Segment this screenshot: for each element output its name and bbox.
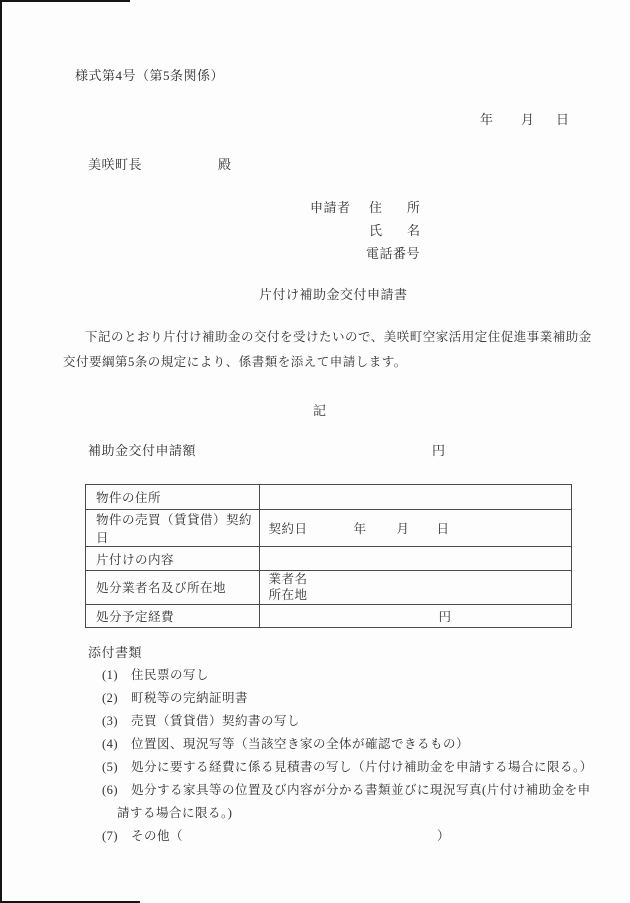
disposal-cost-unit: 円 xyxy=(438,610,451,624)
contract-year-label: 年 xyxy=(353,522,366,536)
grant-amount-label: 補助金交付申請額 xyxy=(88,443,196,459)
disposal-company-label: 処分業者名及び所在地 xyxy=(86,571,260,605)
cleanup-detail-label: 片付けの内容 xyxy=(86,547,260,571)
item-number: (2) xyxy=(102,691,118,707)
year-label: 年 xyxy=(480,112,494,128)
addressee-honorific: 殿 xyxy=(218,157,232,173)
item-text: 位置図、現況写等（当該空き家の全体が確認できるもの） xyxy=(131,737,469,753)
disposal-cost-value: 円 xyxy=(260,604,572,627)
item-text: 住民票の写し xyxy=(131,668,209,684)
day-label: 日 xyxy=(556,112,570,128)
contract-date-prefix: 契約日 xyxy=(268,522,307,536)
table-row: 物件の住所 xyxy=(86,485,572,510)
company-location-label: 所在地 xyxy=(268,587,567,603)
item-number: (1) xyxy=(102,668,118,684)
scan-edge-top xyxy=(0,0,130,2)
document-title: 片付け補助金交付申請書 xyxy=(259,287,408,303)
applicant-label: 申請者 xyxy=(310,200,351,216)
attachment-item-wrap-line: 請する場合に限る。) xyxy=(117,806,232,822)
applicant-address-label: 住 所 xyxy=(369,200,426,216)
form-number: 様式第4号（第5条関係） xyxy=(75,68,224,84)
item-text: その他（ xyxy=(131,829,183,845)
applicant-name-label: 氏 名 xyxy=(369,223,426,239)
cleanup-detail-value xyxy=(260,547,572,571)
addressee-name: 美咲町長 xyxy=(88,157,142,173)
contract-date-value: 契約日年月日 xyxy=(260,510,572,547)
property-address-value xyxy=(260,485,572,510)
item-text: 処分する家具等の位置及び内容が分かる書類並びに現況写真(片付け補助金を申 xyxy=(131,783,591,799)
table-row: 処分予定経費 円 xyxy=(86,604,572,627)
table-row: 片付けの内容 xyxy=(86,547,572,571)
contract-day-label: 日 xyxy=(437,522,450,536)
item-number: (3) xyxy=(102,714,118,730)
item-text: 処分に要する経費に係る見積書の写し（片付け補助金を申請する場合に限る。） xyxy=(131,760,593,776)
item-number: (7) xyxy=(102,829,118,845)
company-name-label: 業者名 xyxy=(268,571,567,587)
body-paragraph-line2: 交付要綱第5条の規定により、係書類を添えて申請します。 xyxy=(63,355,407,371)
disposal-cost-label: 処分予定経費 xyxy=(86,604,260,627)
month-label: 月 xyxy=(521,112,535,128)
attachments-heading: 添付書類 xyxy=(88,645,142,661)
application-form-page: 様式第4号（第5条関係） 年 月 日 美咲町長 殿 申請者 住 所 氏 名 電話… xyxy=(0,0,630,903)
item-number: (6) xyxy=(102,783,118,799)
item-close-paren: ） xyxy=(437,829,450,845)
scan-edge-left xyxy=(0,0,2,903)
body-paragraph-line1: 下記のとおり片付け補助金の交付を受けたいので、美咲町空家活用定住促進事業補助金 xyxy=(85,330,592,346)
table-row: 処分業者名及び所在地 業者名 所在地 xyxy=(86,571,572,605)
item-number: (5) xyxy=(102,760,118,776)
table-row: 物件の売買（賃貸借）契約日 契約日年月日 xyxy=(86,510,572,547)
contract-month-label: 月 xyxy=(396,522,409,536)
application-table: 物件の住所 物件の売買（賃貸借）契約日 契約日年月日 片付けの内容 処分業者名及… xyxy=(85,484,572,628)
applicant-phone-label: 電話番号 xyxy=(366,246,420,262)
grant-amount-unit: 円 xyxy=(432,443,446,459)
item-text: 町税等の完納証明書 xyxy=(131,691,248,707)
property-address-label: 物件の住所 xyxy=(86,485,260,510)
disposal-company-value: 業者名 所在地 xyxy=(260,571,572,605)
record-mark: 記 xyxy=(313,403,327,419)
contract-date-label: 物件の売買（賃貸借）契約日 xyxy=(86,510,260,547)
item-text: 売買（賃貸借）契約書の写し xyxy=(131,714,300,730)
item-number: (4) xyxy=(102,737,118,753)
